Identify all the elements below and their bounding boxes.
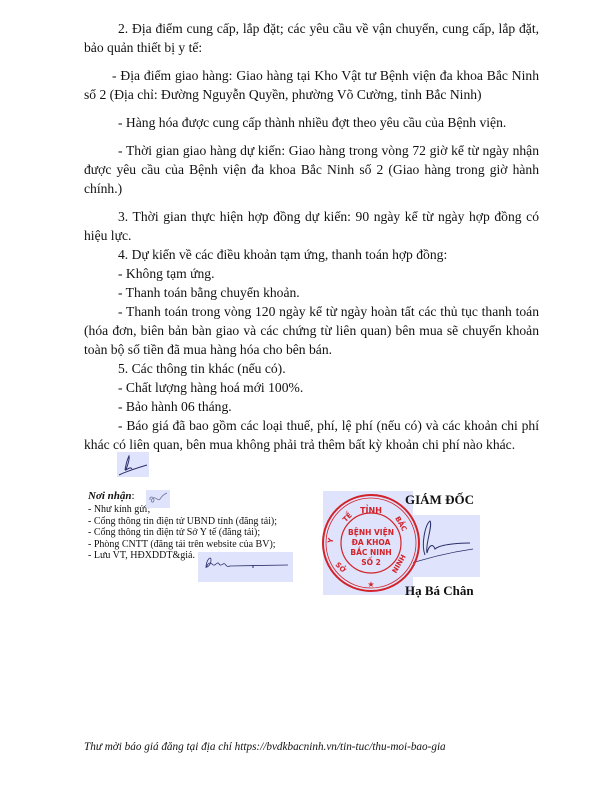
svg-text:BỆNH VIỆN: BỆNH VIỆN <box>348 528 394 537</box>
director-title: GIÁM ĐỐC <box>405 492 474 508</box>
official-stamp: TỈNH TẾ Y BẮC NINH SỞ BỆNH VIỆN ĐA KHOA … <box>323 491 413 595</box>
initial-signature <box>117 452 149 477</box>
recipients-block: Nơi nhận: - Như kính gửi; - Cổng thông t… <box>88 491 277 561</box>
section-2-item: - Thời gian giao hàng dự kiến: Giao hàng… <box>84 141 539 198</box>
recipient-item: - Phòng CNTT (đăng tải trên website của … <box>88 539 277 550</box>
svg-text:BẮC NINH: BẮC NINH <box>350 547 391 557</box>
recipient-item: - Cổng thông tin điện tử Sở Y tế (đăng t… <box>88 527 277 538</box>
section-5-heading: 5. Các thông tin khác (nếu có). <box>84 359 539 378</box>
recipients-initial <box>146 490 170 508</box>
document-page: 2. Địa điểm cung cấp, lắp đặt; các yêu c… <box>0 0 593 802</box>
svg-text:SỞ: SỞ <box>334 559 349 574</box>
signature-mark-icon <box>198 552 293 582</box>
section-5-item: - Chất lượng hàng hoá mới 100%. <box>84 378 539 397</box>
svg-text:ĐA KHOA: ĐA KHOA <box>352 538 391 547</box>
svg-text:★: ★ <box>367 580 374 589</box>
svg-text:Y: Y <box>326 537 335 545</box>
section-4-heading: 4. Dự kiến về các điều khoản tạm ứng, th… <box>84 245 539 264</box>
recipient-item: - Như kính gửi; <box>88 504 277 515</box>
section-5-item: - Bảo hành 06 tháng. <box>84 397 539 416</box>
section-4-item: - Thanh toán trong vòng 120 ngày kể từ n… <box>84 302 539 359</box>
signature-mark-icon <box>117 452 149 477</box>
initial-mark-icon <box>146 490 170 508</box>
svg-text:TẾ: TẾ <box>340 510 354 524</box>
section-2-item: - Hàng hóa được cung cấp thành nhiều đợt… <box>84 113 539 132</box>
svg-text:NINH: NINH <box>391 553 408 575</box>
section-2-heading: 2. Địa điểm cung cấp, lắp đặt; các yêu c… <box>84 19 539 57</box>
recipients-title: Nơi nhận: <box>88 491 277 502</box>
svg-text:TỈNH: TỈNH <box>360 504 382 515</box>
director-name: Hạ Bá Chân <box>405 583 474 599</box>
section-2-item: - Địa điểm giao hàng: Giao hàng tại Kho … <box>84 66 539 104</box>
archive-signature <box>198 552 293 582</box>
section-3-heading: 3. Thời gian thực hiện hợp đồng dự kiến:… <box>84 207 539 245</box>
footer-note: Thư mời báo giá đăng tại địa chỉ https:/… <box>84 741 446 753</box>
document-body: 2. Địa điểm cung cấp, lắp đặt; các yêu c… <box>84 19 539 454</box>
section-4-item: - Thanh toán bằng chuyển khoản. <box>84 283 539 302</box>
section-4-item: - Không tạm ứng. <box>84 264 539 283</box>
svg-text:SỐ 2: SỐ 2 <box>361 557 381 567</box>
section-5-item: - Báo giá đã bao gồm các loại thuế, phí,… <box>84 416 539 454</box>
recipient-item: - Cổng thông tin điện tử UBND tỉnh (đăng… <box>88 516 277 527</box>
